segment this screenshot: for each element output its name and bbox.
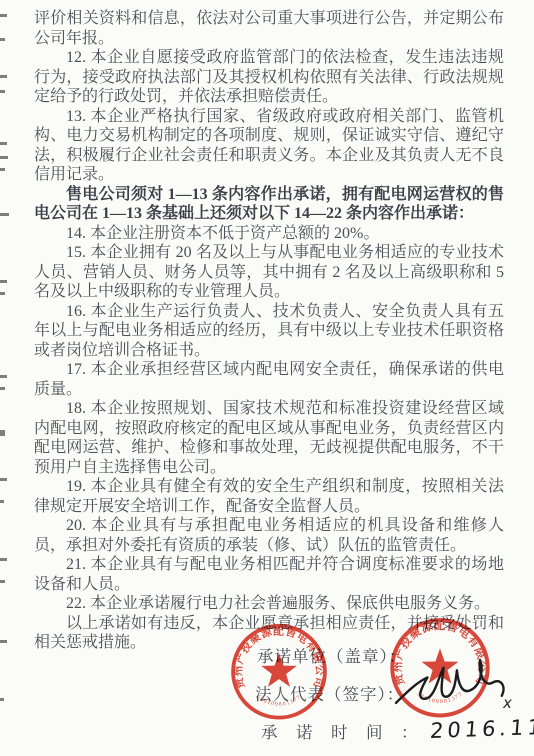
seal-registration-number: 520109801377 — [255, 694, 302, 708]
commitment-date-label: 承 诺 时 间 ： — [261, 723, 419, 742]
paragraph: 售电公司须对 1—13 条内容作出承诺，拥有配电网运营权的售电公司在 1—13 … — [34, 185, 504, 224]
document-page: 评价相关资料和信息，依法对公司重大事项进行公告，并定期公布公司年报。12. 本企… — [0, 0, 534, 756]
scan-artifact — [0, 387, 5, 390]
scan-artifact — [0, 168, 5, 171]
company-seal-left: 贵州产投聚源配售电有限公司 520109801377 — [228, 619, 330, 721]
scan-artifact — [0, 280, 7, 283]
scan-artifact — [0, 430, 5, 436]
paragraph: 评价相关资料和信息，依法对公司重大事项进行公告，并定期公布公司年报。 — [34, 9, 504, 48]
svg-text:520109801377: 520109801377 — [255, 694, 302, 708]
scan-artifact — [0, 292, 5, 295]
paragraph: 13. 本企业严格执行国家、省级政府或政府相关部门、监管机构、电力交易机构制定的… — [34, 107, 504, 185]
paragraph: 17. 本企业承担经营区域内配电网安全责任，确保承诺的供电质量。 — [34, 360, 504, 399]
scan-artifact — [0, 38, 5, 41]
scan-artifact — [0, 580, 5, 583]
paragraph: 14. 本企业注册资本不低于资产总额的 20%。 — [34, 224, 504, 244]
scan-artifact — [0, 90, 5, 93]
scan-artifact — [0, 698, 4, 701]
paragraph: 18. 本企业按照规划、国家技术规范和标准投资建设经营区域内配电网，按照政府核定… — [34, 399, 504, 477]
scan-artifact — [0, 14, 7, 17]
scan-artifact — [0, 558, 7, 561]
scan-artifact — [0, 500, 4, 503]
paragraph: 19. 本企业具有健全有效的安全生产组织和制度，按照相关法律规定开展安全培训工作… — [34, 477, 504, 516]
document-body: 评价相关资料和信息，依法对公司重大事项进行公告，并定期公布公司年报。12. 本企… — [34, 9, 504, 653]
scan-artifact — [0, 156, 8, 159]
paragraph: 20. 本企业具有与承担配电业务相适应的机具设备和维修人员，承担对外委托有资质的… — [34, 516, 504, 555]
scan-artifact — [0, 75, 7, 78]
paragraph: 21. 本企业具有与配电业务相匹配并符合调度标准要求的场地设备和人员。 — [34, 555, 504, 594]
paragraph: 15. 本企业拥有 20 名及以上与从事配电业务相适应的专业技术人员、营销人员、… — [34, 243, 504, 302]
pen-mark: x — [503, 694, 512, 712]
scan-artifact — [0, 640, 7, 643]
paragraph: 12. 本企业自愿接受政府监管部门的依法检查，发生违法违规行为，接受政府执法部门… — [34, 48, 504, 107]
scan-artifact — [0, 478, 7, 481]
scan-artifact — [0, 142, 7, 145]
paragraph: 22. 本企业承诺履行电力社会普遍服务、保底供电服务义务。 — [34, 594, 504, 614]
scan-artifact — [0, 213, 9, 216]
seal-star-icon — [261, 653, 297, 687]
scan-artifact — [0, 375, 7, 378]
paragraph: 16. 本企业生产运行负责人、技术负责人、安全负责人具有五年以上与配电业务相适应… — [34, 302, 504, 361]
commitment-date-row: 承 诺 时 间 ：2016.11.21 — [261, 719, 534, 743]
legal-representative-signature — [389, 645, 513, 717]
